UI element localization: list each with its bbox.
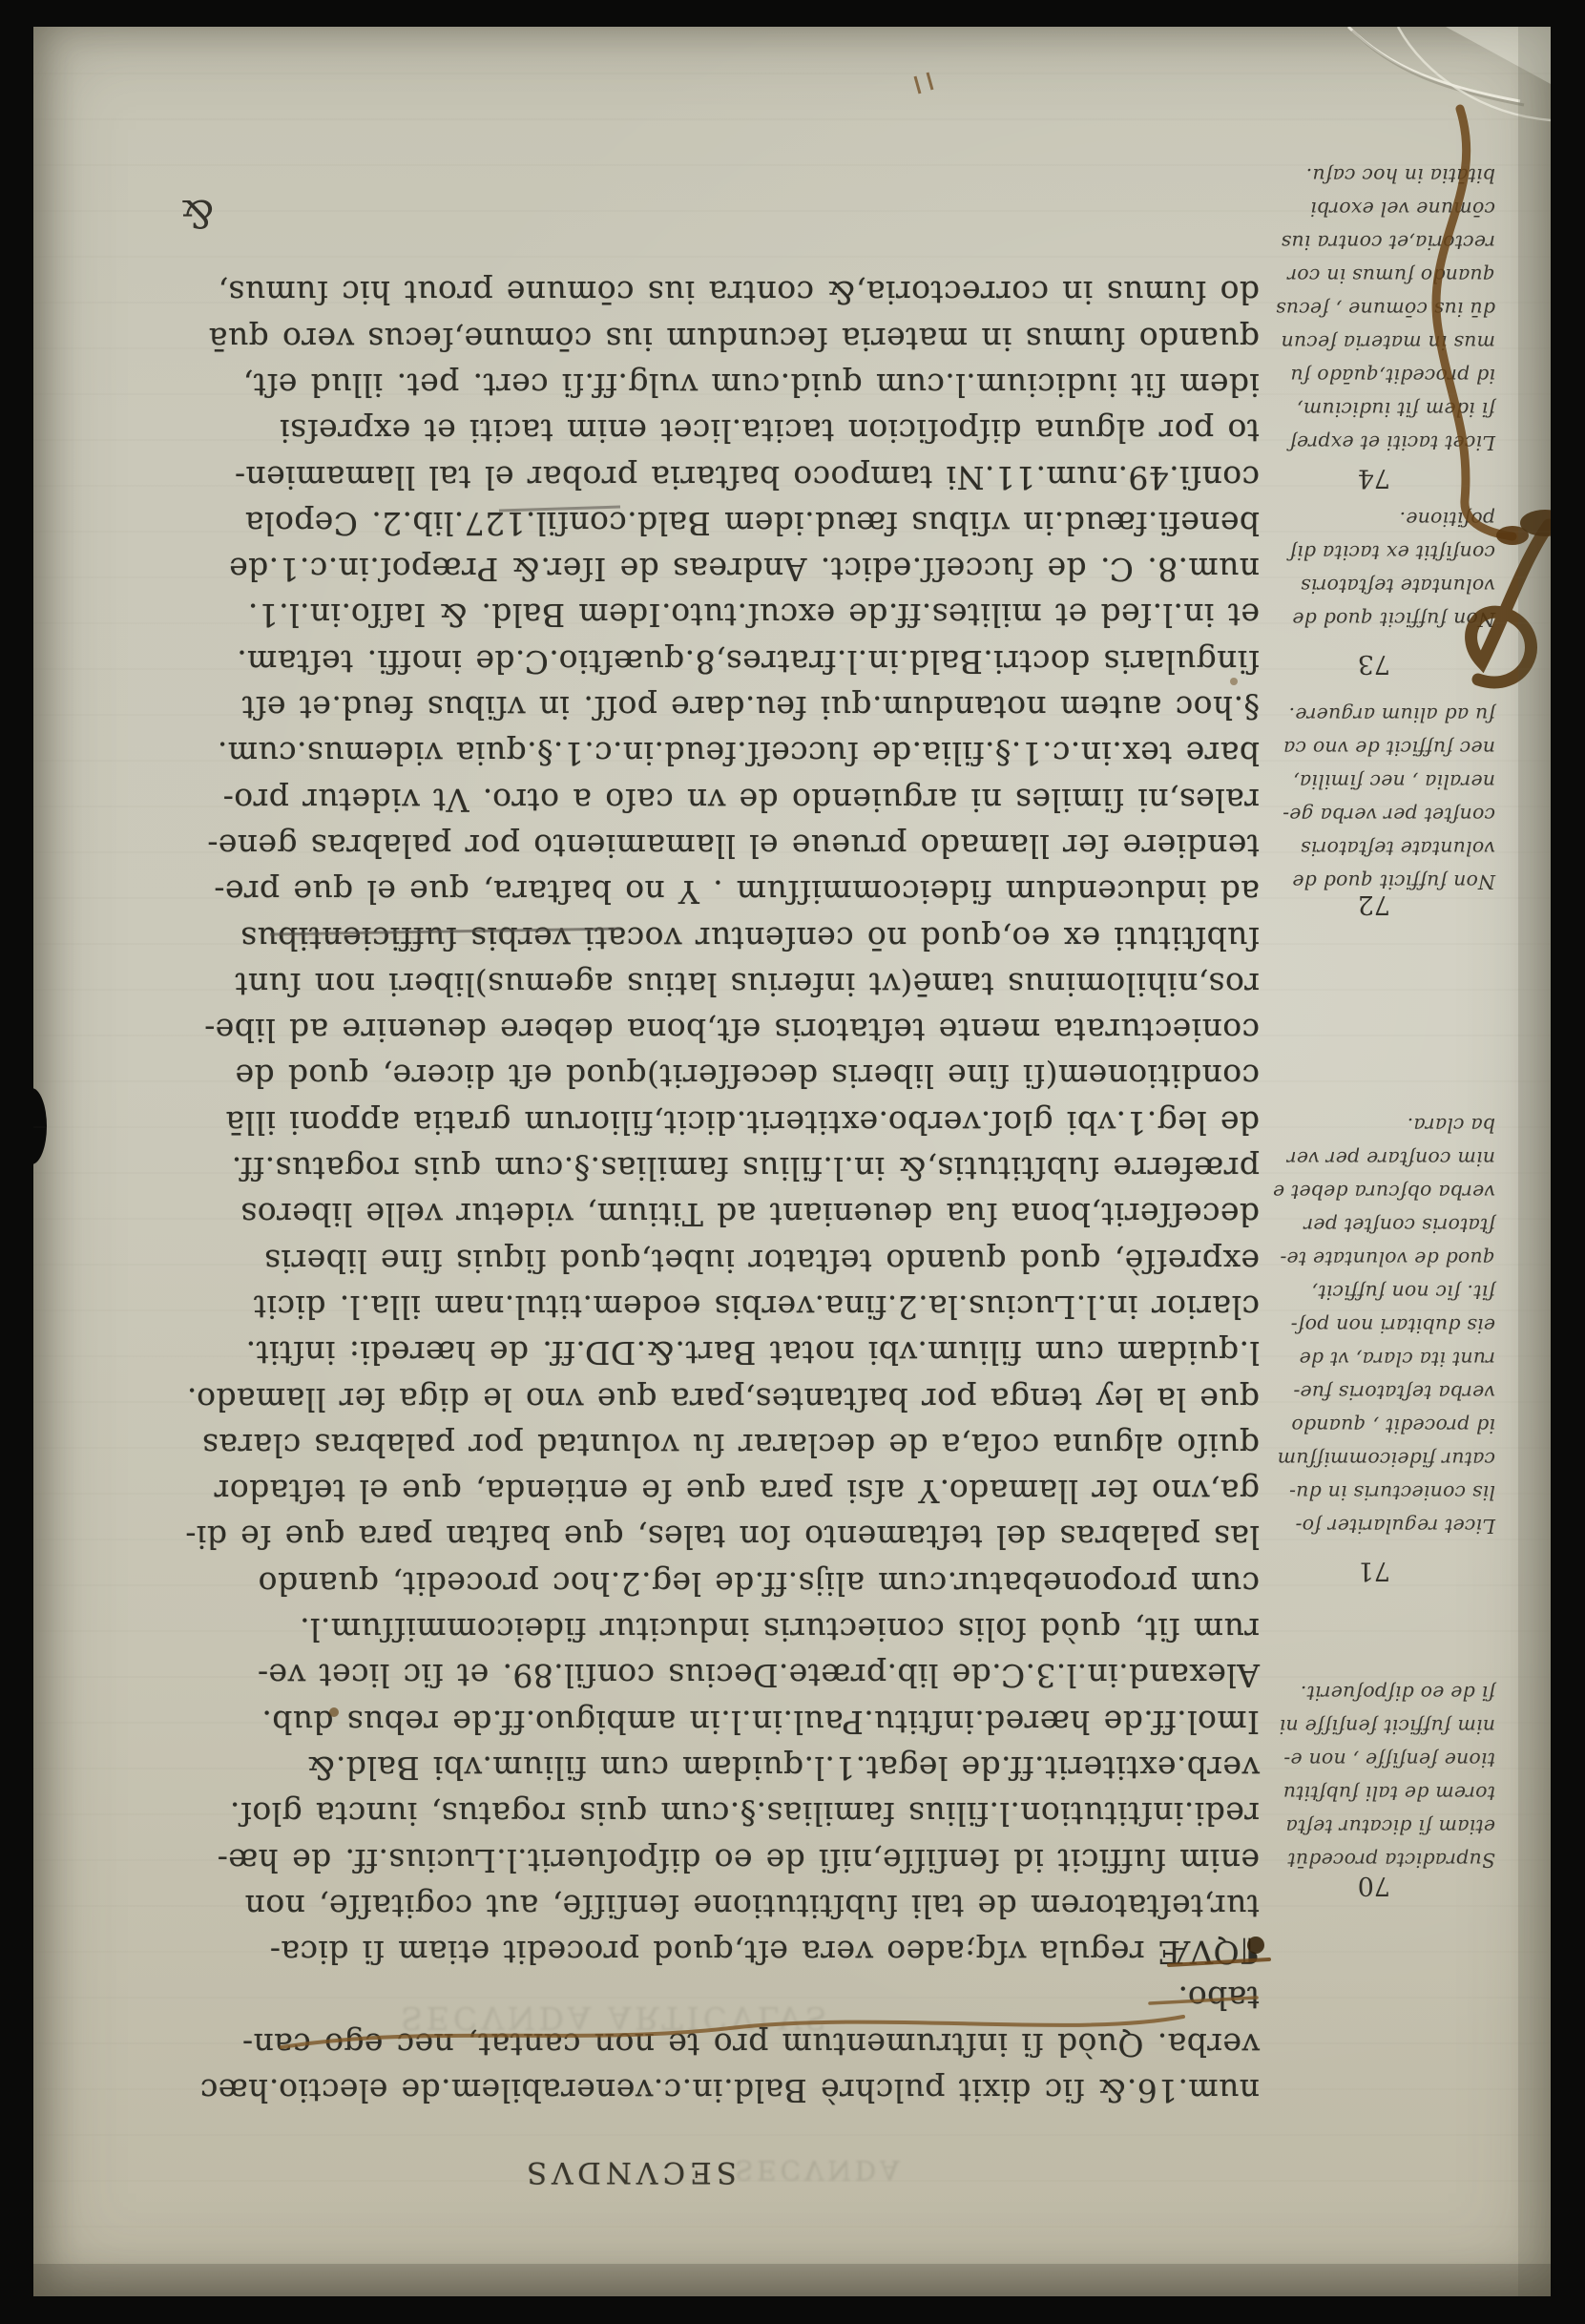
book-page: SECVNDA SECVNDVS SECVNDA ARTICVLVS num.1… (33, 27, 1551, 2296)
foxing-spot (329, 1707, 339, 1717)
manuscript-ink-marks (33, 27, 1551, 2296)
underline-rule (270, 929, 620, 934)
underline-rule (499, 507, 620, 511)
pilcrow-ink-blot (1247, 1937, 1264, 1954)
ink-flourish (1436, 109, 1512, 536)
ink-loop-mark (1471, 525, 1549, 682)
foxing-spot (1230, 678, 1238, 685)
underline-stroke (1150, 1998, 1257, 2003)
underline-stroke (1169, 1959, 1269, 1965)
underline-stroke (282, 2017, 1183, 2047)
pen-tick (915, 73, 932, 94)
scanned-page-viewport: SECVNDA SECVNDVS SECVNDA ARTICVLVS num.1… (0, 0, 1585, 2324)
rotated-page-content: SECVNDA SECVNDVS SECVNDA ARTICVLVS num.1… (33, 27, 1551, 2296)
